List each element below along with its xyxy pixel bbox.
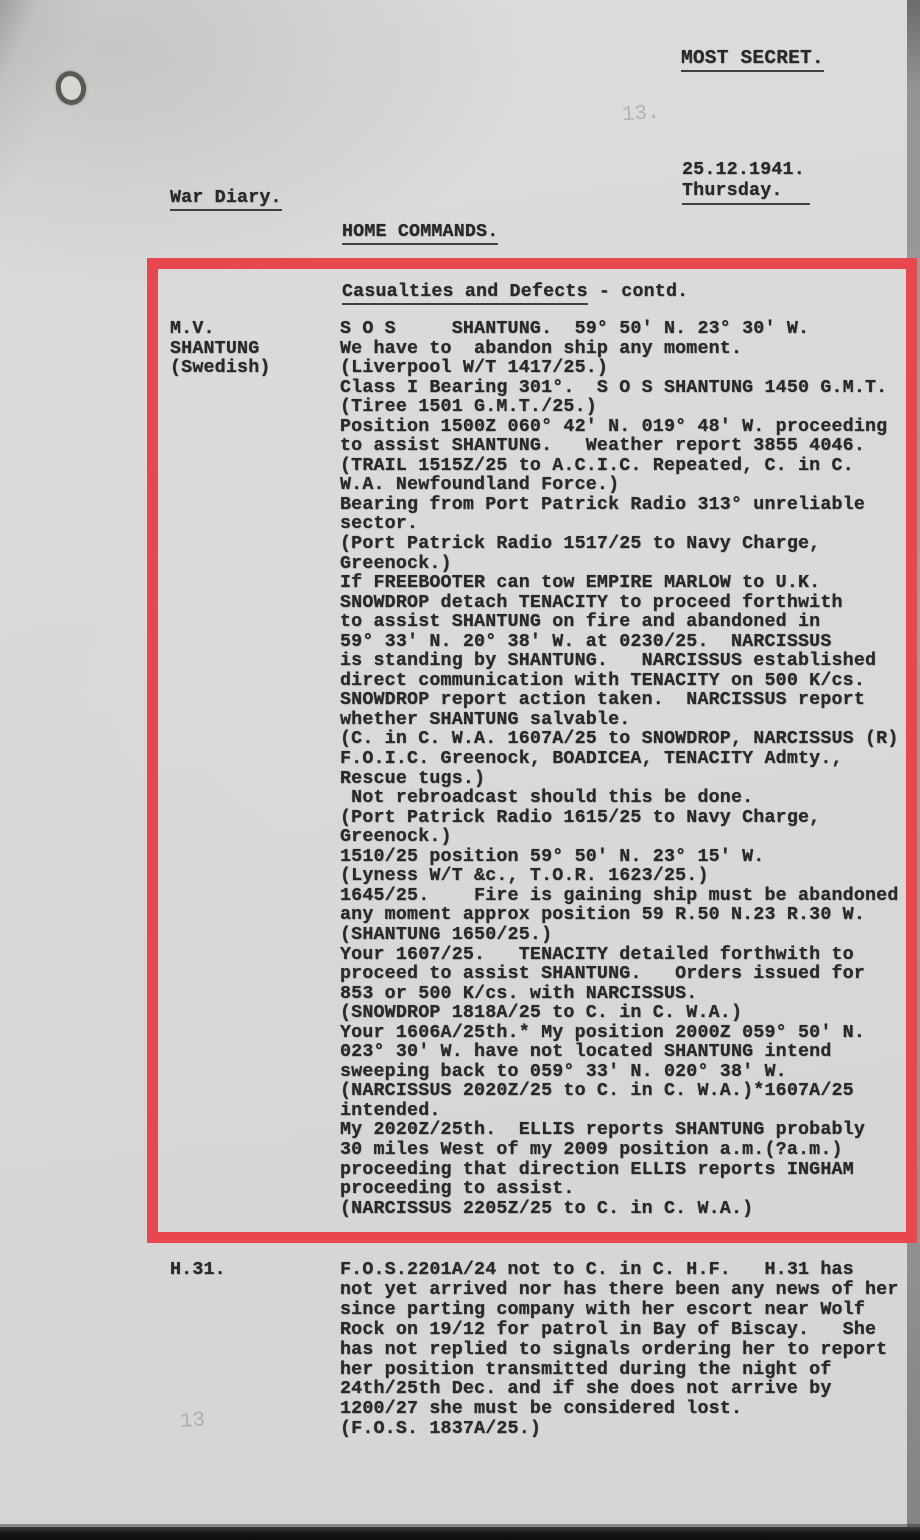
punch-hole-mark: [54, 69, 88, 107]
date: 25.12.1941.: [682, 161, 805, 181]
subsection-heading-suffix: - contd.: [588, 282, 689, 302]
scan-edge-right: [907, 0, 920, 1530]
classification-text: MOST SECRET.: [681, 47, 824, 72]
classification-stamp: MOST SECRET.: [681, 49, 824, 69]
section-title: HOME COMMANDS.: [342, 223, 498, 243]
entry-body-text: F.O.S.2201A/24 not to C. in C. H.F. H.31…: [340, 1261, 920, 1440]
entry-mv-shantung: M.V. SHANTUNG (Swedish) S O S SHANTUNG. …: [170, 320, 920, 1219]
entry-h31: H.31. F.O.S.2201A/24 not to C. in C. H.F…: [170, 1261, 920, 1440]
subsection-heading-underlined: Casualties and Defects: [342, 282, 588, 305]
paper-crease: [0, 0, 120, 240]
diary-title: War Diary.: [170, 189, 282, 209]
entry-body-text: S O S SHANTUNG. 59° 50' N. 23° 30' W. We…: [340, 320, 920, 1219]
subsection-heading: Casualties and Defects - contd.: [342, 283, 688, 303]
weekday: Thursday.: [682, 182, 810, 205]
pencil-annotation-bottom: 13: [179, 1409, 206, 1434]
scan-edge-bottom: [0, 1527, 920, 1540]
pencil-annotation-top: 13.: [621, 102, 660, 128]
document-page: MOST SECRET. 25.12.1941. Thursday. War D…: [0, 0, 920, 1540]
entry-margin-label: M.V. SHANTUNG (Swedish): [170, 320, 340, 1219]
